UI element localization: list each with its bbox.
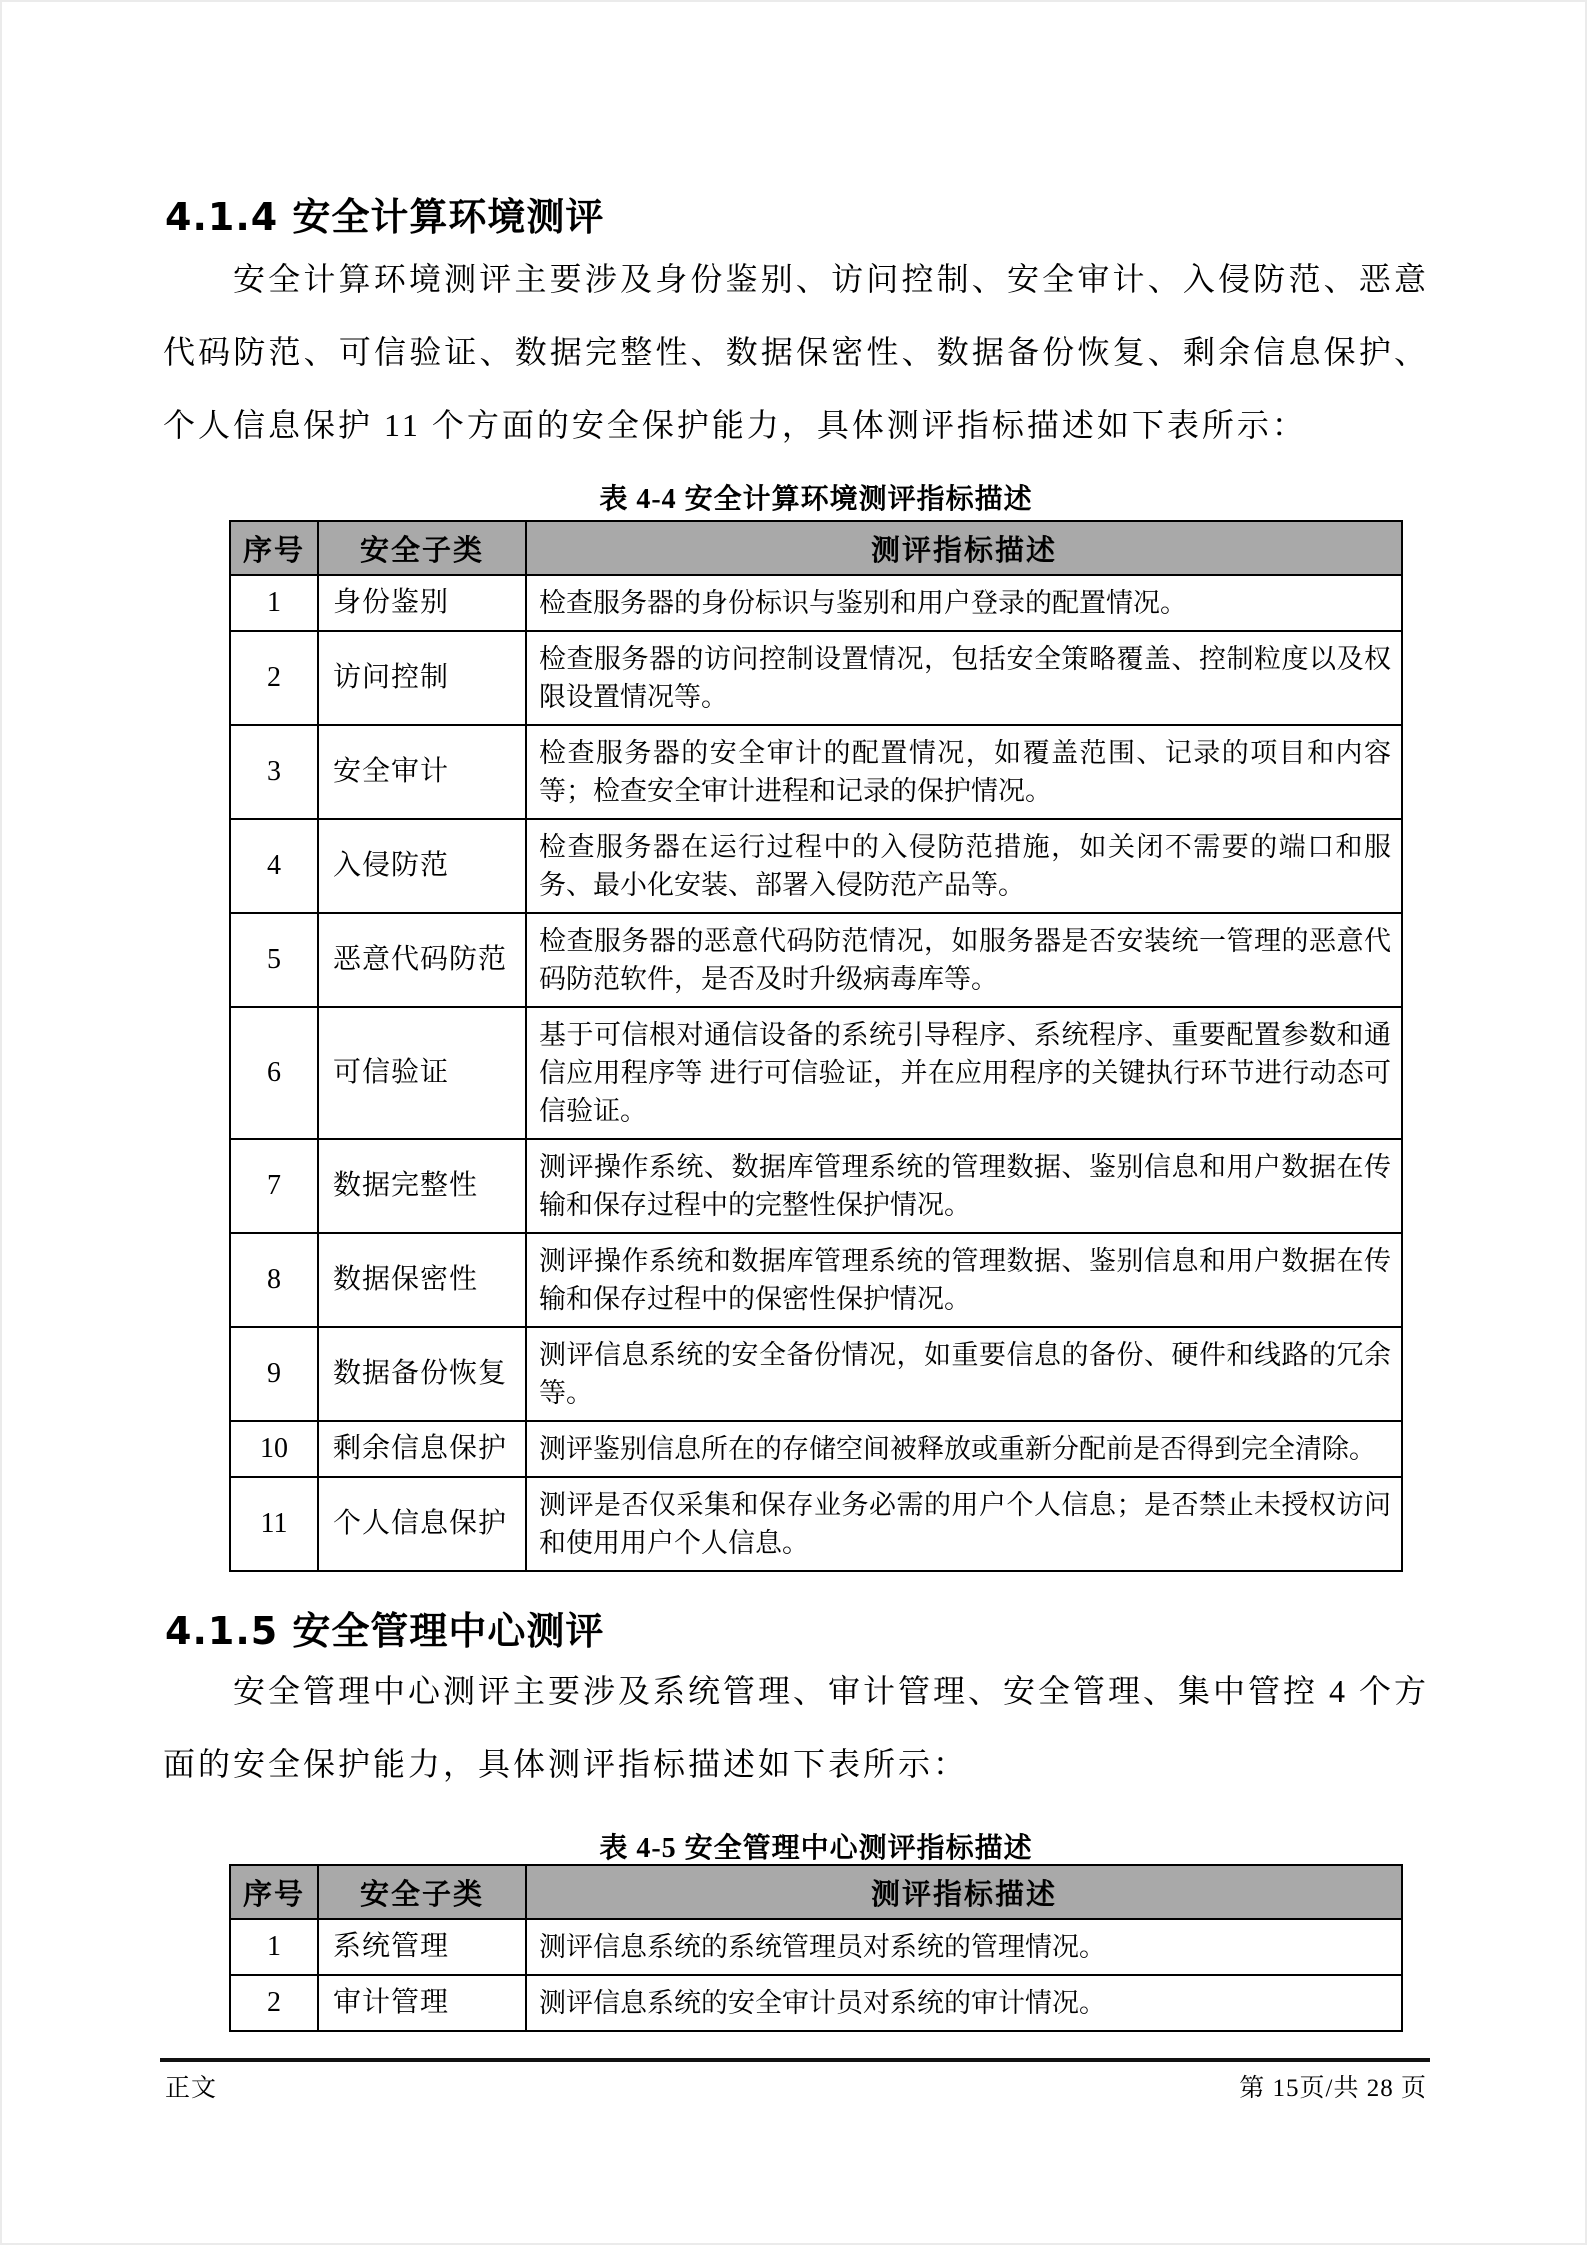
description-cell: 测评操作系统、数据库管理系统的管理数据、鉴别信息和用户数据在传输和保存过程中的完…	[526, 1139, 1402, 1233]
footer-rule	[160, 2058, 1430, 2062]
column-header: 安全子类	[318, 1865, 526, 1919]
description-cell: 测评信息系统的系统管理员对系统的管理情况。	[526, 1919, 1402, 1975]
table-row: 1身份鉴别检查服务器的身份标识与鉴别和用户登录的配置情况。	[230, 575, 1402, 631]
section-paragraph-4-1-5: 安全管理中心测评主要涉及系统管理、审计管理、安全管理、集中管控 4 个方面的安全…	[163, 1655, 1429, 1801]
row-number-cell: 10	[230, 1421, 318, 1477]
row-number-cell: 7	[230, 1139, 318, 1233]
table-row: 2审计管理测评信息系统的安全审计员对系统的审计情况。	[230, 1975, 1402, 2031]
page-footer: 正文 第 15页/共 28 页	[165, 2068, 1427, 2104]
description-cell: 测评信息系统的安全备份情况，如重要信息的备份、硬件和线路的冗余等。	[526, 1327, 1402, 1421]
row-number-cell: 4	[230, 819, 318, 913]
table-row: 1系统管理测评信息系统的系统管理员对系统的管理情况。	[230, 1919, 1402, 1975]
table-header-row: 序号安全子类测评指标描述	[230, 521, 1402, 575]
subclass-cell: 安全审计	[318, 725, 526, 819]
table-row: 6可信验证基于可信根对通信设备的系统引导程序、系统程序、重要配置参数和通信应用程…	[230, 1007, 1402, 1139]
section-heading-4-1-5: 4.1.5 安全管理中心测评	[165, 1600, 604, 1655]
row-number-cell: 6	[230, 1007, 318, 1139]
table-4-4: 序号安全子类测评指标描述 1身份鉴别检查服务器的身份标识与鉴别和用户登录的配置情…	[229, 520, 1403, 1572]
table-row: 11个人信息保护测评是否仅采集和保存业务必需的用户个人信息；是否禁止未授权访问和…	[230, 1477, 1402, 1571]
subclass-cell: 剩余信息保护	[318, 1421, 526, 1477]
subclass-cell: 身份鉴别	[318, 575, 526, 631]
description-cell: 检查服务器的恶意代码防范情况，如服务器是否安装统一管理的恶意代码防范软件，是否及…	[526, 913, 1402, 1007]
column-header: 测评指标描述	[526, 1865, 1402, 1919]
subclass-cell: 数据保密性	[318, 1233, 526, 1327]
column-header: 序号	[230, 1865, 318, 1919]
column-header: 序号	[230, 521, 318, 575]
table-4-4-caption: 表 4-4 安全计算环境测评指标描述	[229, 477, 1403, 517]
description-cell: 检查服务器的安全审计的配置情况，如覆盖范围、记录的项目和内容等；检查安全审计进程…	[526, 725, 1402, 819]
description-cell: 测评操作系统和数据库管理系统的管理数据、鉴别信息和用户数据在传输和保存过程中的保…	[526, 1233, 1402, 1327]
table-header-row: 序号安全子类测评指标描述	[230, 1865, 1402, 1919]
subclass-cell: 数据完整性	[318, 1139, 526, 1233]
column-header: 安全子类	[318, 521, 526, 575]
document-page: { "colors": { "table_header_bg": "#a9a9a…	[0, 0, 1587, 2245]
table-row: 8数据保密性测评操作系统和数据库管理系统的管理数据、鉴别信息和用户数据在传输和保…	[230, 1233, 1402, 1327]
table-row: 7数据完整性测评操作系统、数据库管理系统的管理数据、鉴别信息和用户数据在传输和保…	[230, 1139, 1402, 1233]
table-row: 4入侵防范检查服务器在运行过程中的入侵防范措施，如关闭不需要的端口和服务、最小化…	[230, 819, 1402, 913]
subclass-cell: 数据备份恢复	[318, 1327, 526, 1421]
section-paragraph-4-1-4: 安全计算环境测评主要涉及身份鉴别、访问控制、安全审计、入侵防范、恶意代码防范、可…	[163, 243, 1429, 462]
description-cell: 测评鉴别信息所在的存储空间被释放或重新分配前是否得到完全清除。	[526, 1421, 1402, 1477]
section-heading-4-1-4: 4.1.4 安全计算环境测评	[165, 186, 604, 241]
table-4-5: 序号安全子类测评指标描述 1系统管理测评信息系统的系统管理员对系统的管理情况。2…	[229, 1864, 1403, 2032]
subclass-cell: 入侵防范	[318, 819, 526, 913]
column-header: 测评指标描述	[526, 521, 1402, 575]
subclass-cell: 可信验证	[318, 1007, 526, 1139]
row-number-cell: 11	[230, 1477, 318, 1571]
description-cell: 检查服务器在运行过程中的入侵防范措施，如关闭不需要的端口和服务、最小化安装、部署…	[526, 819, 1402, 913]
table-row: 10剩余信息保护测评鉴别信息所在的存储空间被释放或重新分配前是否得到完全清除。	[230, 1421, 1402, 1477]
subclass-cell: 访问控制	[318, 631, 526, 725]
row-number-cell: 9	[230, 1327, 318, 1421]
table-row: 3安全审计检查服务器的安全审计的配置情况，如覆盖范围、记录的项目和内容等；检查安…	[230, 725, 1402, 819]
table-row: 9数据备份恢复测评信息系统的安全备份情况，如重要信息的备份、硬件和线路的冗余等。	[230, 1327, 1402, 1421]
subclass-cell: 审计管理	[318, 1975, 526, 2031]
table-row: 5恶意代码防范检查服务器的恶意代码防范情况，如服务器是否安装统一管理的恶意代码防…	[230, 913, 1402, 1007]
row-number-cell: 2	[230, 1975, 318, 2031]
table-4-5-caption: 表 4-5 安全管理中心测评指标描述	[229, 1826, 1403, 1866]
description-cell: 基于可信根对通信设备的系统引导程序、系统程序、重要配置参数和通信应用程序等 进行…	[526, 1007, 1402, 1139]
description-cell: 检查服务器的访问控制设置情况，包括安全策略覆盖、控制粒度以及权限设置情况等。	[526, 631, 1402, 725]
row-number-cell: 8	[230, 1233, 318, 1327]
row-number-cell: 3	[230, 725, 318, 819]
row-number-cell: 2	[230, 631, 318, 725]
subclass-cell: 系统管理	[318, 1919, 526, 1975]
row-number-cell: 1	[230, 1919, 318, 1975]
description-cell: 测评是否仅采集和保存业务必需的用户个人信息；是否禁止未授权访问和使用用户个人信息…	[526, 1477, 1402, 1571]
table-row: 2访问控制检查服务器的访问控制设置情况，包括安全策略覆盖、控制粒度以及权限设置情…	[230, 631, 1402, 725]
subclass-cell: 恶意代码防范	[318, 913, 526, 1007]
row-number-cell: 5	[230, 913, 318, 1007]
description-cell: 测评信息系统的安全审计员对系统的审计情况。	[526, 1975, 1402, 2031]
description-cell: 检查服务器的身份标识与鉴别和用户登录的配置情况。	[526, 575, 1402, 631]
footer-page-number: 第 15页/共 28 页	[1239, 2068, 1427, 2104]
footer-doc-section-label: 正文	[165, 2068, 217, 2104]
subclass-cell: 个人信息保护	[318, 1477, 526, 1571]
row-number-cell: 1	[230, 575, 318, 631]
